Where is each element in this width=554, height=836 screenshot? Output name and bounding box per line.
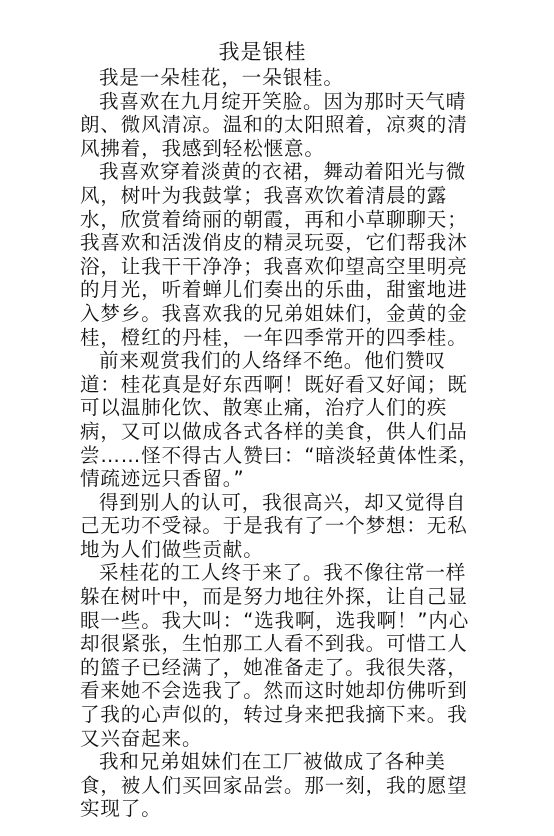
text-line: 己无功不受禄。于是我有了一个梦想：无私 bbox=[80, 514, 445, 538]
text-line: 食，被人们买回家品尝。那一刻，我的愿望 bbox=[80, 774, 445, 798]
paragraph: 采桂花的工人终于来了。我不像往常一样躲在树叶中，而是努力地往外探，让自己显眼一些… bbox=[80, 561, 445, 750]
text-line: 前来观赏我们的人络绎不绝。他们赞叹 bbox=[80, 349, 445, 373]
text-line: 桂，橙红的丹桂，一年四季常开的四季桂。 bbox=[80, 326, 445, 350]
text-line: 的篮子已经满了，她准备走了。我很失落， bbox=[80, 656, 445, 680]
text-line: 看来她不会选我了。然而这时她却仿佛听到 bbox=[80, 679, 445, 703]
text-line: 了我的心声似的，转过身来把我摘下来。我 bbox=[80, 703, 445, 727]
text-line: 风，树叶为我鼓掌；我喜欢饮着清晨的露 bbox=[80, 184, 445, 208]
text-line: 却很紧张，生怕那工人看不到我。可惜工人 bbox=[80, 632, 445, 656]
text-line: 我喜欢穿着淡黄的衣裙，舞动着阳光与微 bbox=[80, 160, 445, 184]
text-line: 我喜欢和活泼俏皮的精灵玩耍，它们帮我沐 bbox=[80, 231, 445, 255]
text-line: 得到别人的认可，我很高兴，却又觉得自 bbox=[80, 491, 445, 515]
text-line: 水，欣赏着绮丽的朝霞，再和小草聊聊天； bbox=[80, 208, 445, 232]
essay-title: 我是银桂 bbox=[80, 38, 445, 66]
text-line: 采桂花的工人终于来了。我不像往常一样 bbox=[80, 561, 445, 585]
text-line: 的月光，听着蝉儿们奏出的乐曲，甜蜜地进 bbox=[80, 278, 445, 302]
paragraph: 我喜欢穿着淡黄的衣裙，舞动着阳光与微风，树叶为我鼓掌；我喜欢饮着清晨的露水，欣赏… bbox=[80, 160, 445, 349]
paragraph: 我喜欢在九月绽开笑脸。因为那时天气晴朗、微风清凉。温和的太阳照着，凉爽的清风拂着… bbox=[80, 90, 445, 161]
text-line: 病，又可以做成各式各样的美食，供人们品 bbox=[80, 420, 445, 444]
text-line: 入梦乡。我喜欢我的兄弟姐妹们，金黄的金 bbox=[80, 302, 445, 326]
text-line: 又兴奋起来。 bbox=[80, 727, 445, 751]
essay-page: 我是银桂 我是一朵桂花，一朵银桂。我喜欢在九月绽开笑脸。因为那时天气晴朗、微风清… bbox=[80, 38, 445, 821]
text-line: 可以温肺化饮、散寒止痛，治疗人们的疾 bbox=[80, 396, 445, 420]
paragraph: 我是一朵桂花，一朵银桂。 bbox=[80, 66, 445, 90]
text-line: 我喜欢在九月绽开笑脸。因为那时天气晴 bbox=[80, 90, 445, 114]
text-line: 眼一些。我大叫：“选我啊，选我啊！”内心 bbox=[80, 609, 445, 633]
text-line: 朗、微风清凉。温和的太阳照着，凉爽的清 bbox=[80, 113, 445, 137]
text-line: 躲在树叶中，而是努力地往外探，让自己显 bbox=[80, 585, 445, 609]
text-line: 道：桂花真是好东西啊！既好看又好闻；既 bbox=[80, 373, 445, 397]
paragraph: 前来观赏我们的人络绎不绝。他们赞叹道：桂花真是好东西啊！既好看又好闻；既可以温肺… bbox=[80, 349, 445, 491]
essay-body: 我是一朵桂花，一朵银桂。我喜欢在九月绽开笑脸。因为那时天气晴朗、微风清凉。温和的… bbox=[80, 66, 445, 821]
paragraph: 得到别人的认可，我很高兴，却又觉得自己无功不受禄。于是我有了一个梦想：无私地为人… bbox=[80, 491, 445, 562]
text-line: 我是一朵桂花，一朵银桂。 bbox=[80, 66, 445, 90]
text-line: 地为人们做些贡献。 bbox=[80, 538, 445, 562]
text-line: 风拂着，我感到轻松惬意。 bbox=[80, 137, 445, 161]
paragraph: 我和兄弟姐妹们在工厂被做成了各种美食，被人们买回家品尝。那一刻，我的愿望实现了。 bbox=[80, 750, 445, 821]
text-line: 尝……怪不得古人赞曰：“暗淡轻黄体性柔， bbox=[80, 444, 445, 468]
text-line: 我和兄弟姐妹们在工厂被做成了各种美 bbox=[80, 750, 445, 774]
text-line: 实现了。 bbox=[80, 797, 445, 821]
text-line: 情疏迹远只香留。” bbox=[80, 467, 445, 491]
text-line: 浴，让我干干净净；我喜欢仰望高空里明亮 bbox=[80, 255, 445, 279]
